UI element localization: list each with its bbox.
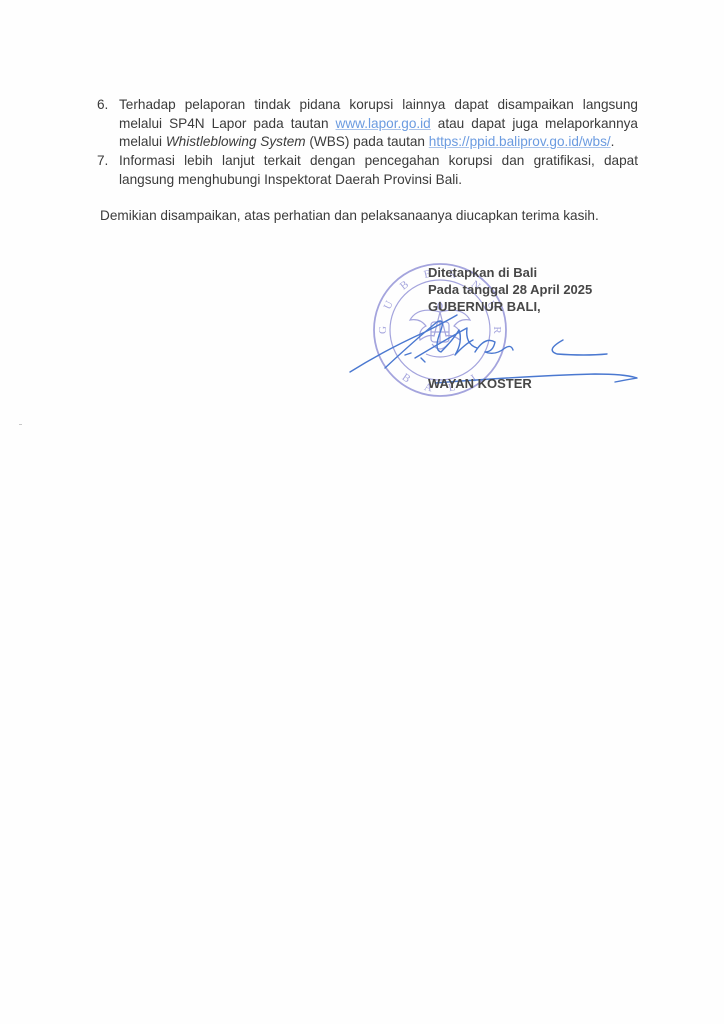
item-text: . — [611, 134, 615, 149]
signing-place: Ditetapkan di Bali — [428, 264, 592, 281]
list-item-6: 6. Terhadap pelaporan tindak pidana koru… — [97, 96, 638, 152]
list-item-7: 7. Informasi lebih lanjut terkait dengan… — [97, 152, 638, 189]
list-item-text: Informasi lebih lanjut terkait dengan pe… — [119, 152, 638, 189]
signer-name: WAYAN KOSTER — [428, 376, 532, 391]
list-item-content: Terhadap pelaporan tindak pidana korupsi… — [119, 96, 638, 152]
document-page: 6. Terhadap pelaporan tindak pidana koru… — [0, 0, 724, 1024]
scan-speck — [19, 424, 22, 425]
list-number: 6. — [97, 96, 108, 115]
signing-date: Pada tanggal 28 April 2025 — [428, 281, 592, 298]
wbs-link[interactable]: https://ppid.baliprov.go.id/wbs/ — [429, 134, 611, 149]
numbered-list: 6. Terhadap pelaporan tindak pidana koru… — [97, 96, 638, 190]
item-text: (WBS) pada tautan — [306, 134, 429, 149]
list-number: 7. — [97, 152, 108, 171]
closing-sentence: Demikian disampaikan, atas perhatian dan… — [100, 207, 599, 225]
whistleblowing-term: Whistleblowing System — [166, 134, 306, 149]
handwritten-signature-icon — [345, 300, 645, 385]
lapor-link[interactable]: www.lapor.go.id — [336, 116, 431, 131]
